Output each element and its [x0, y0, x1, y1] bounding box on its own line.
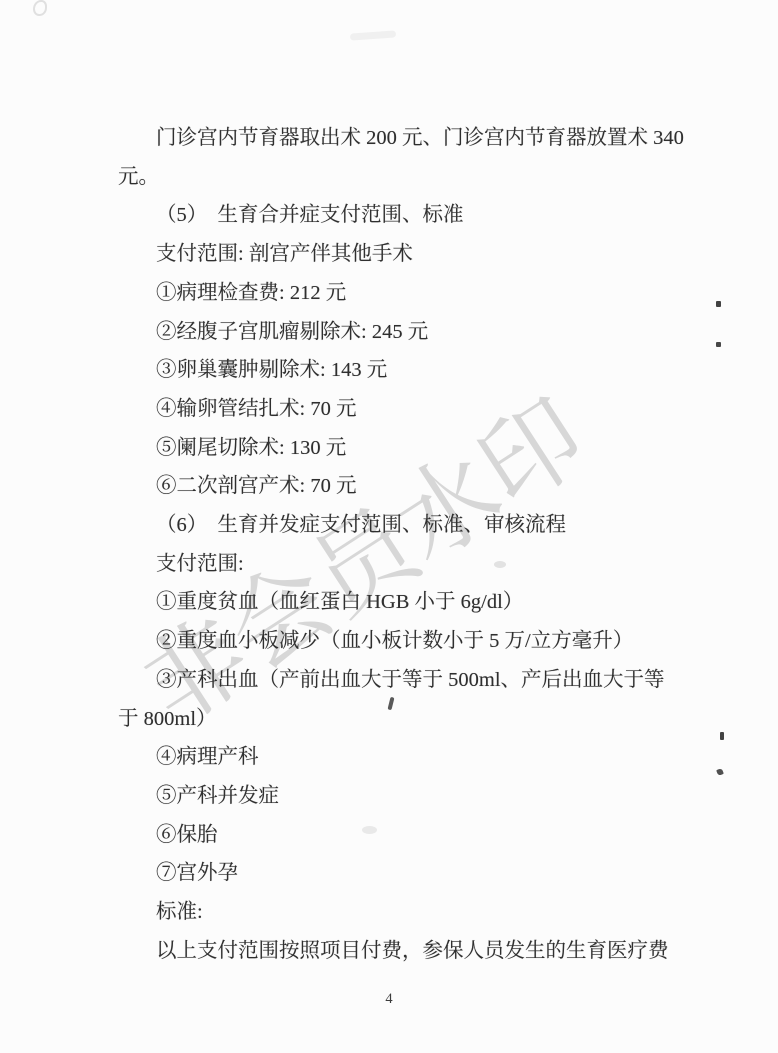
text-line-list-item: ⑤阑尾切除术: 130 元 — [118, 429, 663, 468]
text-line: 元。 — [118, 158, 663, 197]
scan-artifact-dot — [716, 301, 721, 307]
text-line-section-6-heading: （6） 生育并发症支付范围、标准、审核流程 — [118, 506, 663, 545]
scan-artifact-smudge — [350, 30, 396, 40]
text-line-list-item: ⑥保胎 — [118, 816, 663, 855]
text-line: 支付范围: 剖宫产伴其他手术 — [118, 235, 663, 274]
text-line-list-item: ④病理产科 — [118, 738, 663, 777]
scan-artifact-mark — [33, 0, 47, 16]
text-line-continuation: 于 800ml） — [118, 700, 663, 739]
text-line-list-item: ⑤产科并发症 — [118, 777, 663, 816]
text-line: 支付范围: — [118, 545, 663, 584]
text-line-list-item: ②经腹子宫肌瘤剔除术: 245 元 — [118, 313, 663, 352]
document-body: 门诊宫内节育器取出术 200 元、门诊宫内节育器放置术 340 元。 （5） 生… — [118, 119, 663, 970]
text-line-list-item: ⑦宫外孕 — [118, 854, 663, 893]
text-line: 门诊宫内节育器取出术 200 元、门诊宫内节育器放置术 340 — [118, 119, 663, 158]
text-line-list-item: ③卵巢囊肿剔除术: 143 元 — [118, 351, 663, 390]
text-line-list-item: ②重度血小板减少（血小板计数小于 5 万/立方毫升） — [118, 622, 663, 661]
text-line-section-5-heading: （5） 生育合并症支付范围、标准 — [118, 196, 663, 235]
text-line: 以上支付范围按照项目付费，参保人员发生的生育医疗费 — [118, 932, 663, 971]
scanned-document-page: 非会员水印 门诊宫内节育器取出术 200 元、门诊宫内节育器放置术 340 元。… — [0, 0, 778, 1053]
scan-artifact-dot — [716, 768, 724, 776]
scan-artifact-dot — [720, 732, 724, 740]
text-line-list-item: ④输卵管结扎术: 70 元 — [118, 390, 663, 429]
text-line-list-item: ①重度贫血（血红蛋白 HGB 小于 6g/dl） — [118, 583, 663, 622]
text-line: 标准: — [118, 893, 663, 932]
text-line-list-item: ①病理检查费: 212 元 — [118, 274, 663, 313]
scan-artifact-dot — [716, 342, 721, 347]
text-line-list-item: ③产科出血（产前出血大于等于 500ml、产后出血大于等 — [118, 661, 663, 700]
text-line-list-item: ⑥二次剖宫产术: 70 元 — [118, 467, 663, 506]
page-number: 4 — [0, 991, 778, 1008]
